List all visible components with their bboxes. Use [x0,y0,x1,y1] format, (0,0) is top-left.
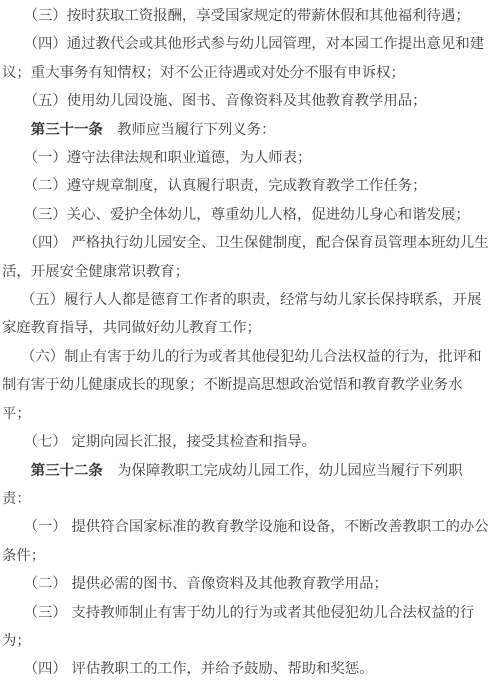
paragraph: （五）使用幼儿园设施、图书、音像资料及其他教育教学用品； [2,87,490,115]
paragraph: （四） 评估教职工的工作，并给予鼓励、帮助和奖惩。 [2,655,490,683]
paragraph: （四） 严格执行幼儿园安全、卫生保健制度，配合保育员管理本班幼儿生活，开展安全健… [2,229,490,286]
article-paragraph: 第三十一条 教师应当履行下列义务： [2,116,490,144]
paragraph: （三）按时获取工资报酬，享受国家规定的带薪休假和其他福利待遇； [2,2,490,30]
article-number: 第三十一条 [31,122,103,138]
paragraph: （六）制止有害于幼儿的行为或者其他侵犯幼儿合法权益的行为，批评和制有害于幼儿健康… [2,343,490,428]
regulation-text: （三）按时获取工资报酬，享受国家规定的带薪休假和其他福利待遇； （四）通过教代会… [0,0,502,684]
paragraph: （一）遵守法律法规和职业道德，为人师表； [2,144,490,172]
paragraph: （四）通过教代会或其他形式参与幼儿园管理，对本园工作提出意见和建议；重大事务有知… [2,30,490,87]
paragraph: （一） 提供符合国家标准的教育教学设施和设备，不断改善教职工的办公条件； [2,513,490,570]
paragraph: （二） 提供必需的图书、音像资料及其他教育教学用品； [2,570,490,598]
article-number: 第三十二条 [31,463,103,479]
paragraph: （七） 定期向园长汇报，接受其检查和指导。 [2,428,490,456]
document-page: （三）按时获取工资报酬，享受国家规定的带薪休假和其他福利待遇； （四）通过教代会… [0,0,502,690]
paragraph: （五）履行人人都是德育工作者的职责，经常与幼儿家长保持联系，开展家庭教育指导，共… [2,286,490,343]
paragraph: （二）遵守规章制度，认真履行职责，完成教育教学工作任务； [2,172,490,200]
paragraph: （三）关心、爱护全体幼儿，尊重幼儿人格，促进幼儿身心和谐发展； [2,201,490,229]
article-paragraph: 第三十二条 为保障教职工完成幼儿园工作，幼儿园应当履行下列职责： [2,457,490,514]
paragraph: （三） 支持教师制止有害于幼儿的行为或者其他侵犯幼儿合法权益的行为； [2,599,490,656]
